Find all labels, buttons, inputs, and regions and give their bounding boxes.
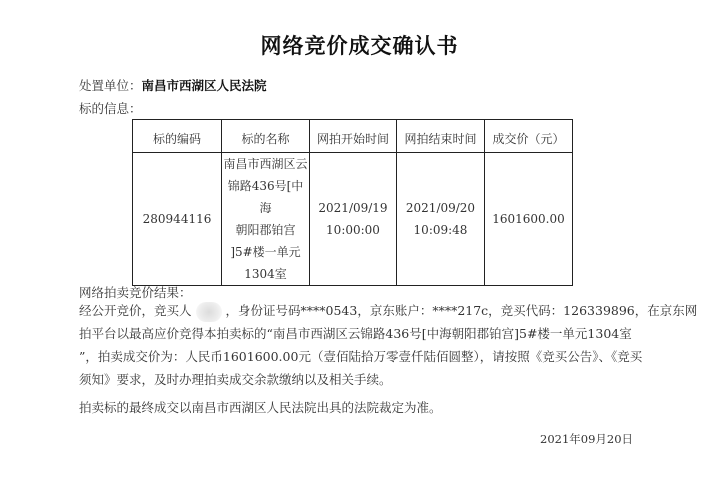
disposal-unit: 处置单位：南昌市西湖区人民法院 <box>79 76 267 94</box>
cell-end-time: 2021/09/20 10:09:48 <box>397 153 485 286</box>
end-time: 10:09:48 <box>397 219 484 241</box>
header-price: 成交价（元） <box>485 120 573 153</box>
start-date: 2021/09/19 <box>310 197 396 219</box>
result-line-1: 经公开竞价，竞买人，身份证号码****0543，京东账户：****217c，竞买… <box>79 299 639 322</box>
table-row: 280944116 南昌市西湖区云 锦路436号[中海 朝阳郡铂宫 ]5#楼一单… <box>133 153 573 286</box>
table-header-row: 标的编码 标的名称 网拍开始时间 网拍结束时间 成交价（元） <box>133 120 573 153</box>
document-date: 2021年09月20日 <box>540 431 633 447</box>
disposal-unit-label: 处置单位： <box>79 78 142 93</box>
result-text-part1: 经公开竞价，竞买人 <box>79 303 192 318</box>
subject-info-label: 标的信息： <box>79 99 142 117</box>
result-paragraph: 经公开竞价，竞买人，身份证号码****0543，京东账户：****217c，竞买… <box>79 299 639 391</box>
header-name: 标的名称 <box>222 120 310 153</box>
header-start-time: 网拍开始时间 <box>310 120 397 153</box>
header-code: 标的编码 <box>133 120 222 153</box>
name-line: 锦路436号[中海 <box>222 175 309 219</box>
document-title: 网络竞价成交确认书 <box>0 30 719 60</box>
redacted-name-blur <box>196 302 222 322</box>
name-line: 1304室 <box>222 263 309 285</box>
result-text-part2: ，身份证号码****0543，京东账户：****217c，竞买代码：126339… <box>226 303 698 318</box>
name-line: ]5#楼一单元 <box>222 241 309 263</box>
result-line-2: 拍平台以最高应价竞得本拍卖标的“南昌市西湖区云锦路436号[中海朝阳郡铂宫]5#… <box>79 322 639 345</box>
name-line: 南昌市西湖区云 <box>222 153 309 175</box>
result-line-3: ”，拍卖成交价为：人民币1601600.00元（壹佰陆拾万零壹仟陆佰圆整），请按… <box>79 345 639 368</box>
header-end-time: 网拍结束时间 <box>397 120 485 153</box>
disposal-unit-value: 南昌市西湖区人民法院 <box>142 78 267 93</box>
cell-price: 1601600.00 <box>485 153 573 286</box>
subject-table: 标的编码 标的名称 网拍开始时间 网拍结束时间 成交价（元） 280944116… <box>132 119 573 286</box>
end-date: 2021/09/20 <box>397 197 484 219</box>
cell-start-time: 2021/09/19 10:00:00 <box>310 153 397 286</box>
name-line: 朝阳郡铂宫 <box>222 219 309 241</box>
final-statement: 拍卖标的最终成交以南昌市西湖区人民法院出具的法院裁定为准。 <box>79 398 442 416</box>
cell-name: 南昌市西湖区云 锦路436号[中海 朝阳郡铂宫 ]5#楼一单元 1304室 <box>222 153 310 286</box>
start-time: 10:00:00 <box>310 219 396 241</box>
result-line-4: 须知》要求，及时办理拍卖成交余款缴纳以及相关手续。 <box>79 368 639 391</box>
cell-code: 280944116 <box>133 153 222 286</box>
